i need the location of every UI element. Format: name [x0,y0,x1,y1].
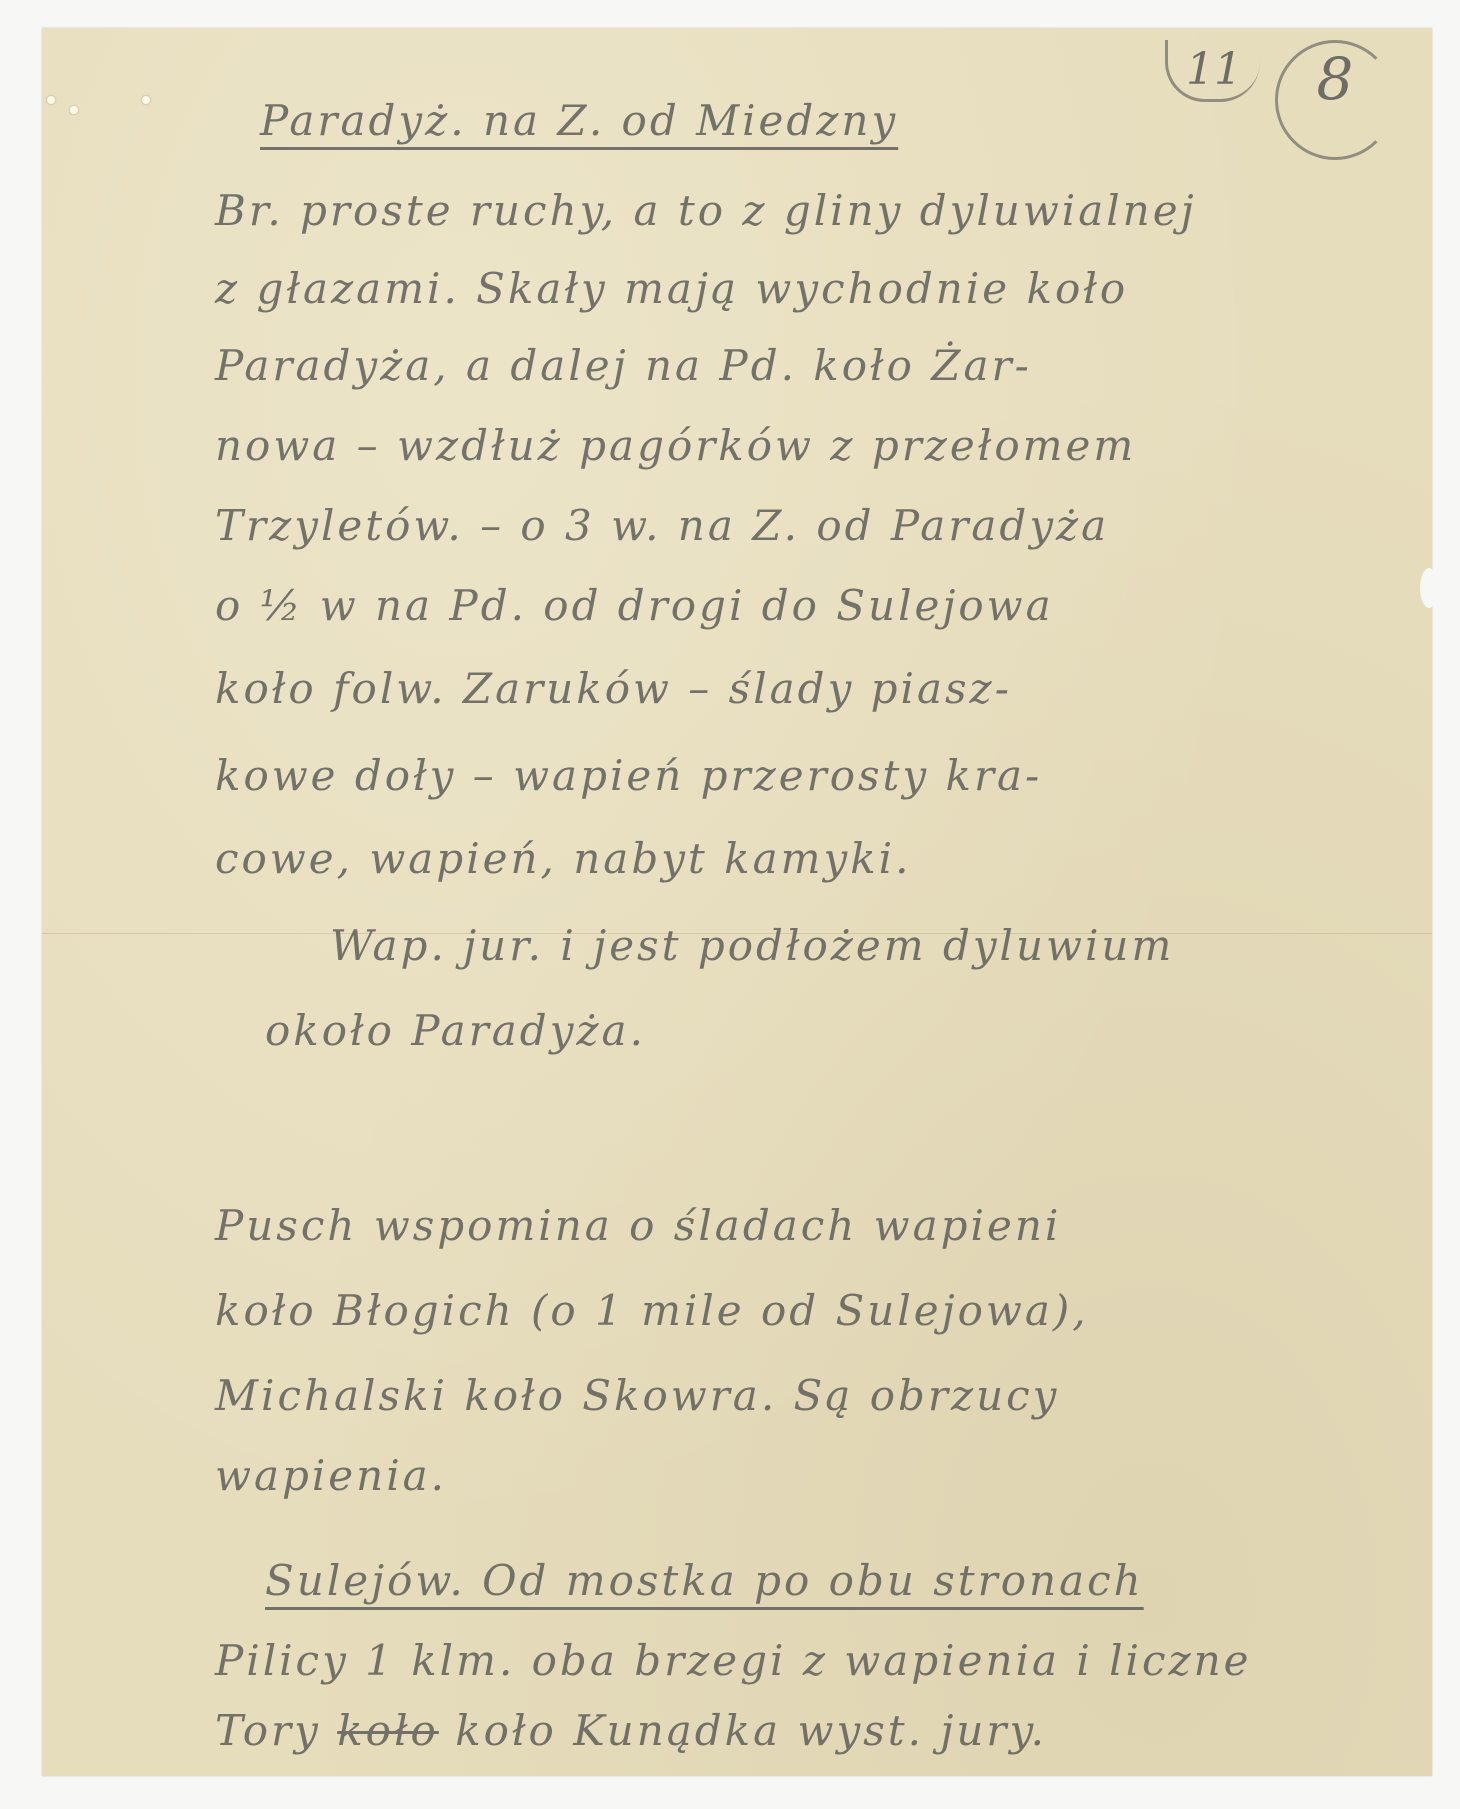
text-line-content: Sulejów. Od mostka po obu stronach [265,1556,1144,1605]
text-line: około Paradyża. [265,1010,646,1052]
text-line: koło folw. Zaruków – ślady piasz- [215,668,1012,710]
folio-number: 8 [1317,45,1354,113]
struck-word: koło [337,1706,439,1755]
pin-hole [142,96,150,104]
text-line: Tory koło koło Kunądka wyst. jury. [215,1710,1047,1752]
paper-edge-tear [1420,568,1438,608]
text-line: Pilicy 1 klm. oba brzegi z wapienia i li… [215,1640,1252,1682]
heading-text: Paradyż. na Z. od Miedzny [260,96,898,145]
text-line: Michalski koło Skowra. Są obrzucy [215,1375,1059,1417]
text-line: Trzyletów. – o 3 w. na Z. od Paradyża [215,505,1109,547]
pin-hole [70,106,78,114]
text-line: Sulejów. Od mostka po obu stronach [265,1560,1144,1602]
text-fragment: Tory [215,1706,321,1755]
text-line: cowe, wapień, nabyt kamyki. [215,838,911,880]
text-line: Pusch wspomina o śladach wapieni [215,1205,1061,1247]
text-line: z głazami. Skały mają wychodnie koło [215,268,1128,310]
text-line: wapienia. [215,1455,447,1497]
text-fragment: koło Kunądka wyst. jury. [455,1706,1047,1755]
text-line: nowa – wzdłuż pagórków z przełomem [215,425,1136,467]
text-line: o ½ w na Pd. od drogi do Sulejowa [215,585,1054,627]
text-line: koło Błogich (o 1 mile od Sulejowa), [215,1290,1089,1332]
pin-hole [47,96,55,104]
text-line: Wap. jur. i jest podłożem dyluwium [330,925,1174,967]
heading: Paradyż. na Z. od Miedzny [260,100,898,142]
text-line: kowe doły – wapień przerosty kra- [215,755,1042,797]
text-line: Paradyża, a dalej na Pd. koło Żar- [215,345,1032,387]
folio-mark: 8 [1275,40,1395,160]
text-line: Br. proste ruchy, a to z gliny dyluwialn… [215,190,1197,232]
